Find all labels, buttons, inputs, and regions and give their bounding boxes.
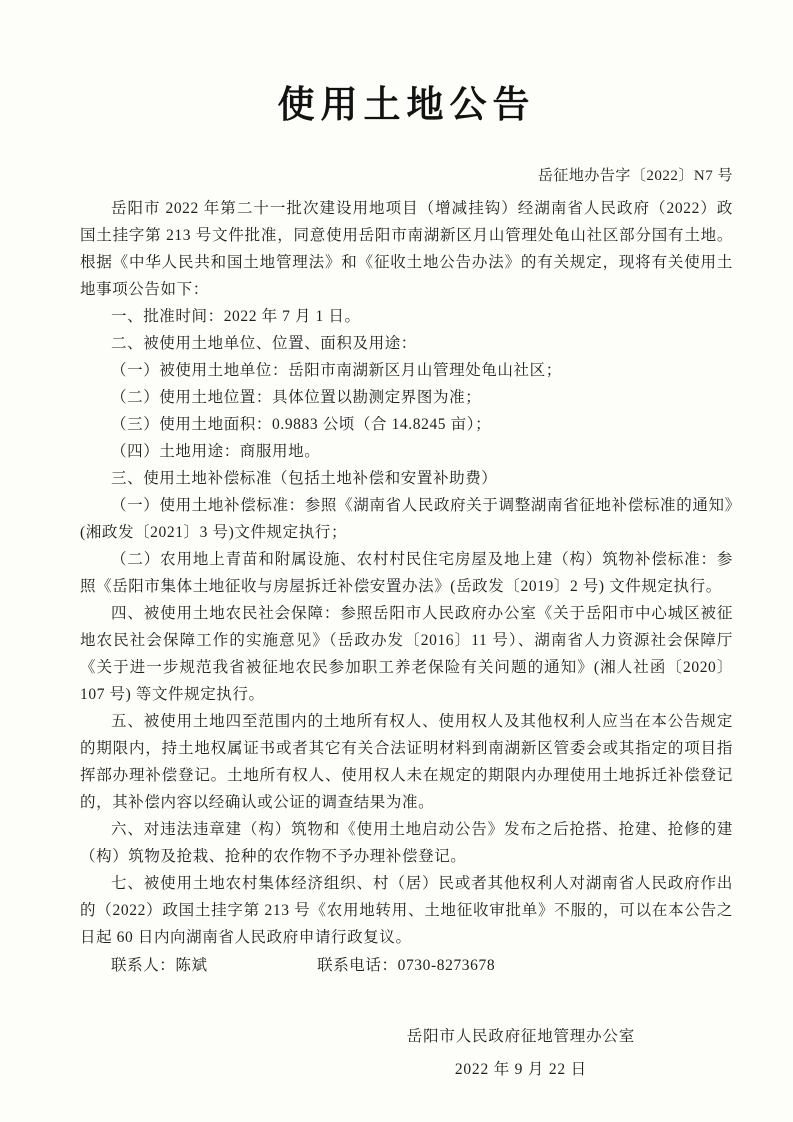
contact-row: 联系人：陈斌 联系电话：0730-8273678 bbox=[80, 952, 733, 979]
paragraph-item-3-sub-1: （一）使用土地补偿标准：参照《湖南省人民政府关于调整湖南省征地补偿标准的通知》(… bbox=[80, 492, 733, 546]
announcement-body: 岳阳市 2022 年第二十一批次建设用地项目（增减挂钩）经湖南省人民政府（202… bbox=[80, 195, 733, 951]
contact-person: 联系人：陈斌 bbox=[111, 957, 208, 974]
paragraph-item-1: 一、批准时间：2022 年 7 月 1 日。 bbox=[80, 303, 733, 330]
paragraph-intro: 岳阳市 2022 年第二十一批次建设用地项目（增减挂钩）经湖南省人民政府（202… bbox=[80, 195, 733, 303]
paragraph-item-6: 六、对违法违章建（构）筑物和《使用土地启动公告》发布之后抢搭、抢建、抢修的建（构… bbox=[80, 816, 733, 870]
paragraph-item-3-sub-2: （二）农用地上青苗和附属设施、农村村民住宅房屋及地上建（构）筑物补偿标准：参照《… bbox=[80, 546, 733, 600]
scanned-announcement-page: 使用土地公告 岳征地办告字〔2022〕N7 号 岳阳市 2022 年第二十一批次… bbox=[0, 0, 793, 1122]
document-number: 岳征地办告字〔2022〕N7 号 bbox=[80, 164, 733, 185]
contact-phone: 联系电话：0730-8273678 bbox=[317, 957, 495, 974]
paragraph-item-5: 五、被使用土地四至范围内的土地所有权人、使用权人及其他权利人应当在本公告规定的期… bbox=[80, 708, 733, 816]
paragraph-item-2-sub-1: （一）被使用土地单位：岳阳市南湖新区月山管理处龟山社区； bbox=[80, 357, 733, 384]
paragraph-item-7: 七、被使用土地农村集体经济组织、村（居）民或者其他权利人对湖南省人民政府作出的（… bbox=[80, 870, 733, 951]
paragraph-item-4: 四、被使用土地农民社会保障：参照岳阳市人民政府办公室《关于岳阳市中心城区被征地农… bbox=[80, 600, 733, 708]
signature-date: 2022 年 9 月 22 日 bbox=[407, 1056, 635, 1083]
page-title: 使用土地公告 bbox=[80, 74, 733, 128]
paragraph-item-2-sub-2: （二）使用土地位置：具体位置以勘测定界图为准； bbox=[80, 384, 733, 411]
paragraph-item-3: 三、使用土地补偿标准（包括土地补偿和安置补助费） bbox=[80, 465, 733, 492]
paragraph-item-2: 二、被使用土地单位、位置、面积及用途： bbox=[80, 330, 733, 357]
document-content: 使用土地公告 岳征地办告字〔2022〕N7 号 岳阳市 2022 年第二十一批次… bbox=[0, 74, 793, 1083]
signature-block: 岳阳市人民政府征地管理办公室 2022 年 9 月 22 日 bbox=[407, 1023, 635, 1083]
paragraph-item-2-sub-3: （三）使用土地面积：0.9883 公顷（合 14.8245 亩）； bbox=[80, 411, 733, 438]
paragraph-item-2-sub-4: （四）土地用途：商服用地。 bbox=[80, 438, 733, 465]
signature-office: 岳阳市人民政府征地管理办公室 bbox=[407, 1023, 635, 1050]
